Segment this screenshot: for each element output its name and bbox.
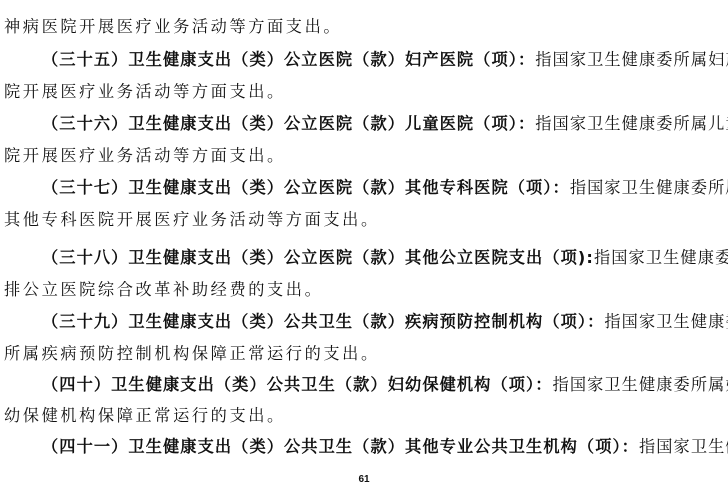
entry-37-first-line: （三十七）卫生健康支出（类）公立医院（款）其他专科医院（项）：指国家卫生健康委所… bbox=[42, 173, 728, 203]
entry-description: 指国家卫生健康委 bbox=[604, 312, 728, 331]
entry-heading: （三十九）卫生健康支出（类）公共卫生（款）疾病预防控制机构（项）： bbox=[42, 312, 604, 331]
entry-40-first-line: （四十）卫生健康支出（类）公共卫生（款）妇幼保健机构（项）：指国家卫生健康委所属… bbox=[42, 370, 728, 400]
entry-35-first-line: （三十五）卫生健康支出（类）公立医院（款）妇产医院（项）：指国家卫生健康委所属妇… bbox=[42, 45, 728, 75]
continuation-line: 神病医院开展医疗业务活动等方面支出。 bbox=[4, 12, 728, 42]
page-number: 61 bbox=[0, 474, 728, 485]
entry-heading: （四十一）卫生健康支出（类）公共卫生（款）其他专业公共卫生机构（项）： bbox=[42, 437, 639, 456]
entry-39-continuation: 所属疾病预防控制机构保障正常运行的支出。 bbox=[4, 339, 728, 369]
entry-description: 指国家卫生健康委所属儿童医 bbox=[535, 114, 728, 133]
entry-41-first-line: （四十一）卫生健康支出（类）公共卫生（款）其他专业公共卫生机构（项）：指国家卫生… bbox=[42, 432, 728, 462]
entry-heading: （三十五）卫生健康支出（类）公立医院（款）妇产医院（项）： bbox=[42, 50, 535, 69]
entry-description: 指国家卫生健康委所属 bbox=[570, 178, 728, 197]
entry-heading: （三十七）卫生健康支出（类）公立医院（款）其他专科医院（项）： bbox=[42, 178, 570, 197]
entry-40-continuation: 幼保健机构保障正常运行的支出。 bbox=[4, 401, 728, 431]
entry-heading: （三十八）卫生健康支出（类）公立医院（款）其他公立医院支出（项): bbox=[42, 248, 594, 267]
entry-37-continuation: 其他专科医院开展医疗业务活动等方面支出。 bbox=[4, 205, 728, 235]
entry-36-first-line: （三十六）卫生健康支出（类）公立医院（款）儿童医院（项）：指国家卫生健康委所属儿… bbox=[42, 109, 728, 139]
entry-heading: （三十六）卫生健康支出（类）公立医院（款）儿童医院（项）： bbox=[42, 114, 535, 133]
entry-35-continuation: 院开展医疗业务活动等方面支出。 bbox=[4, 77, 728, 107]
entry-description: 指国家卫生健康委安 bbox=[594, 248, 728, 267]
entry-39-first-line: （三十九）卫生健康支出（类）公共卫生（款）疾病预防控制机构（项）：指国家卫生健康… bbox=[42, 307, 728, 337]
entry-36-continuation: 院开展医疗业务活动等方面支出。 bbox=[4, 141, 728, 171]
entry-description: 指国家卫生健 bbox=[639, 437, 728, 456]
document-page: 神病医院开展医疗业务活动等方面支出。 （三十五）卫生健康支出（类）公立医院（款）… bbox=[0, 0, 728, 495]
entry-38-first-line: （三十八）卫生健康支出（类）公立医院（款）其他公立医院支出（项):指国家卫生健康… bbox=[42, 243, 728, 273]
entry-description: 指国家卫生健康委所属妇产医 bbox=[535, 50, 728, 69]
entry-38-continuation: 排公立医院综合改革补助经费的支出。 bbox=[4, 275, 728, 305]
entry-description: 指国家卫生健康委所属妇 bbox=[553, 375, 728, 394]
entry-heading: （四十）卫生健康支出（类）公共卫生（款）妇幼保健机构（项）： bbox=[42, 375, 553, 394]
